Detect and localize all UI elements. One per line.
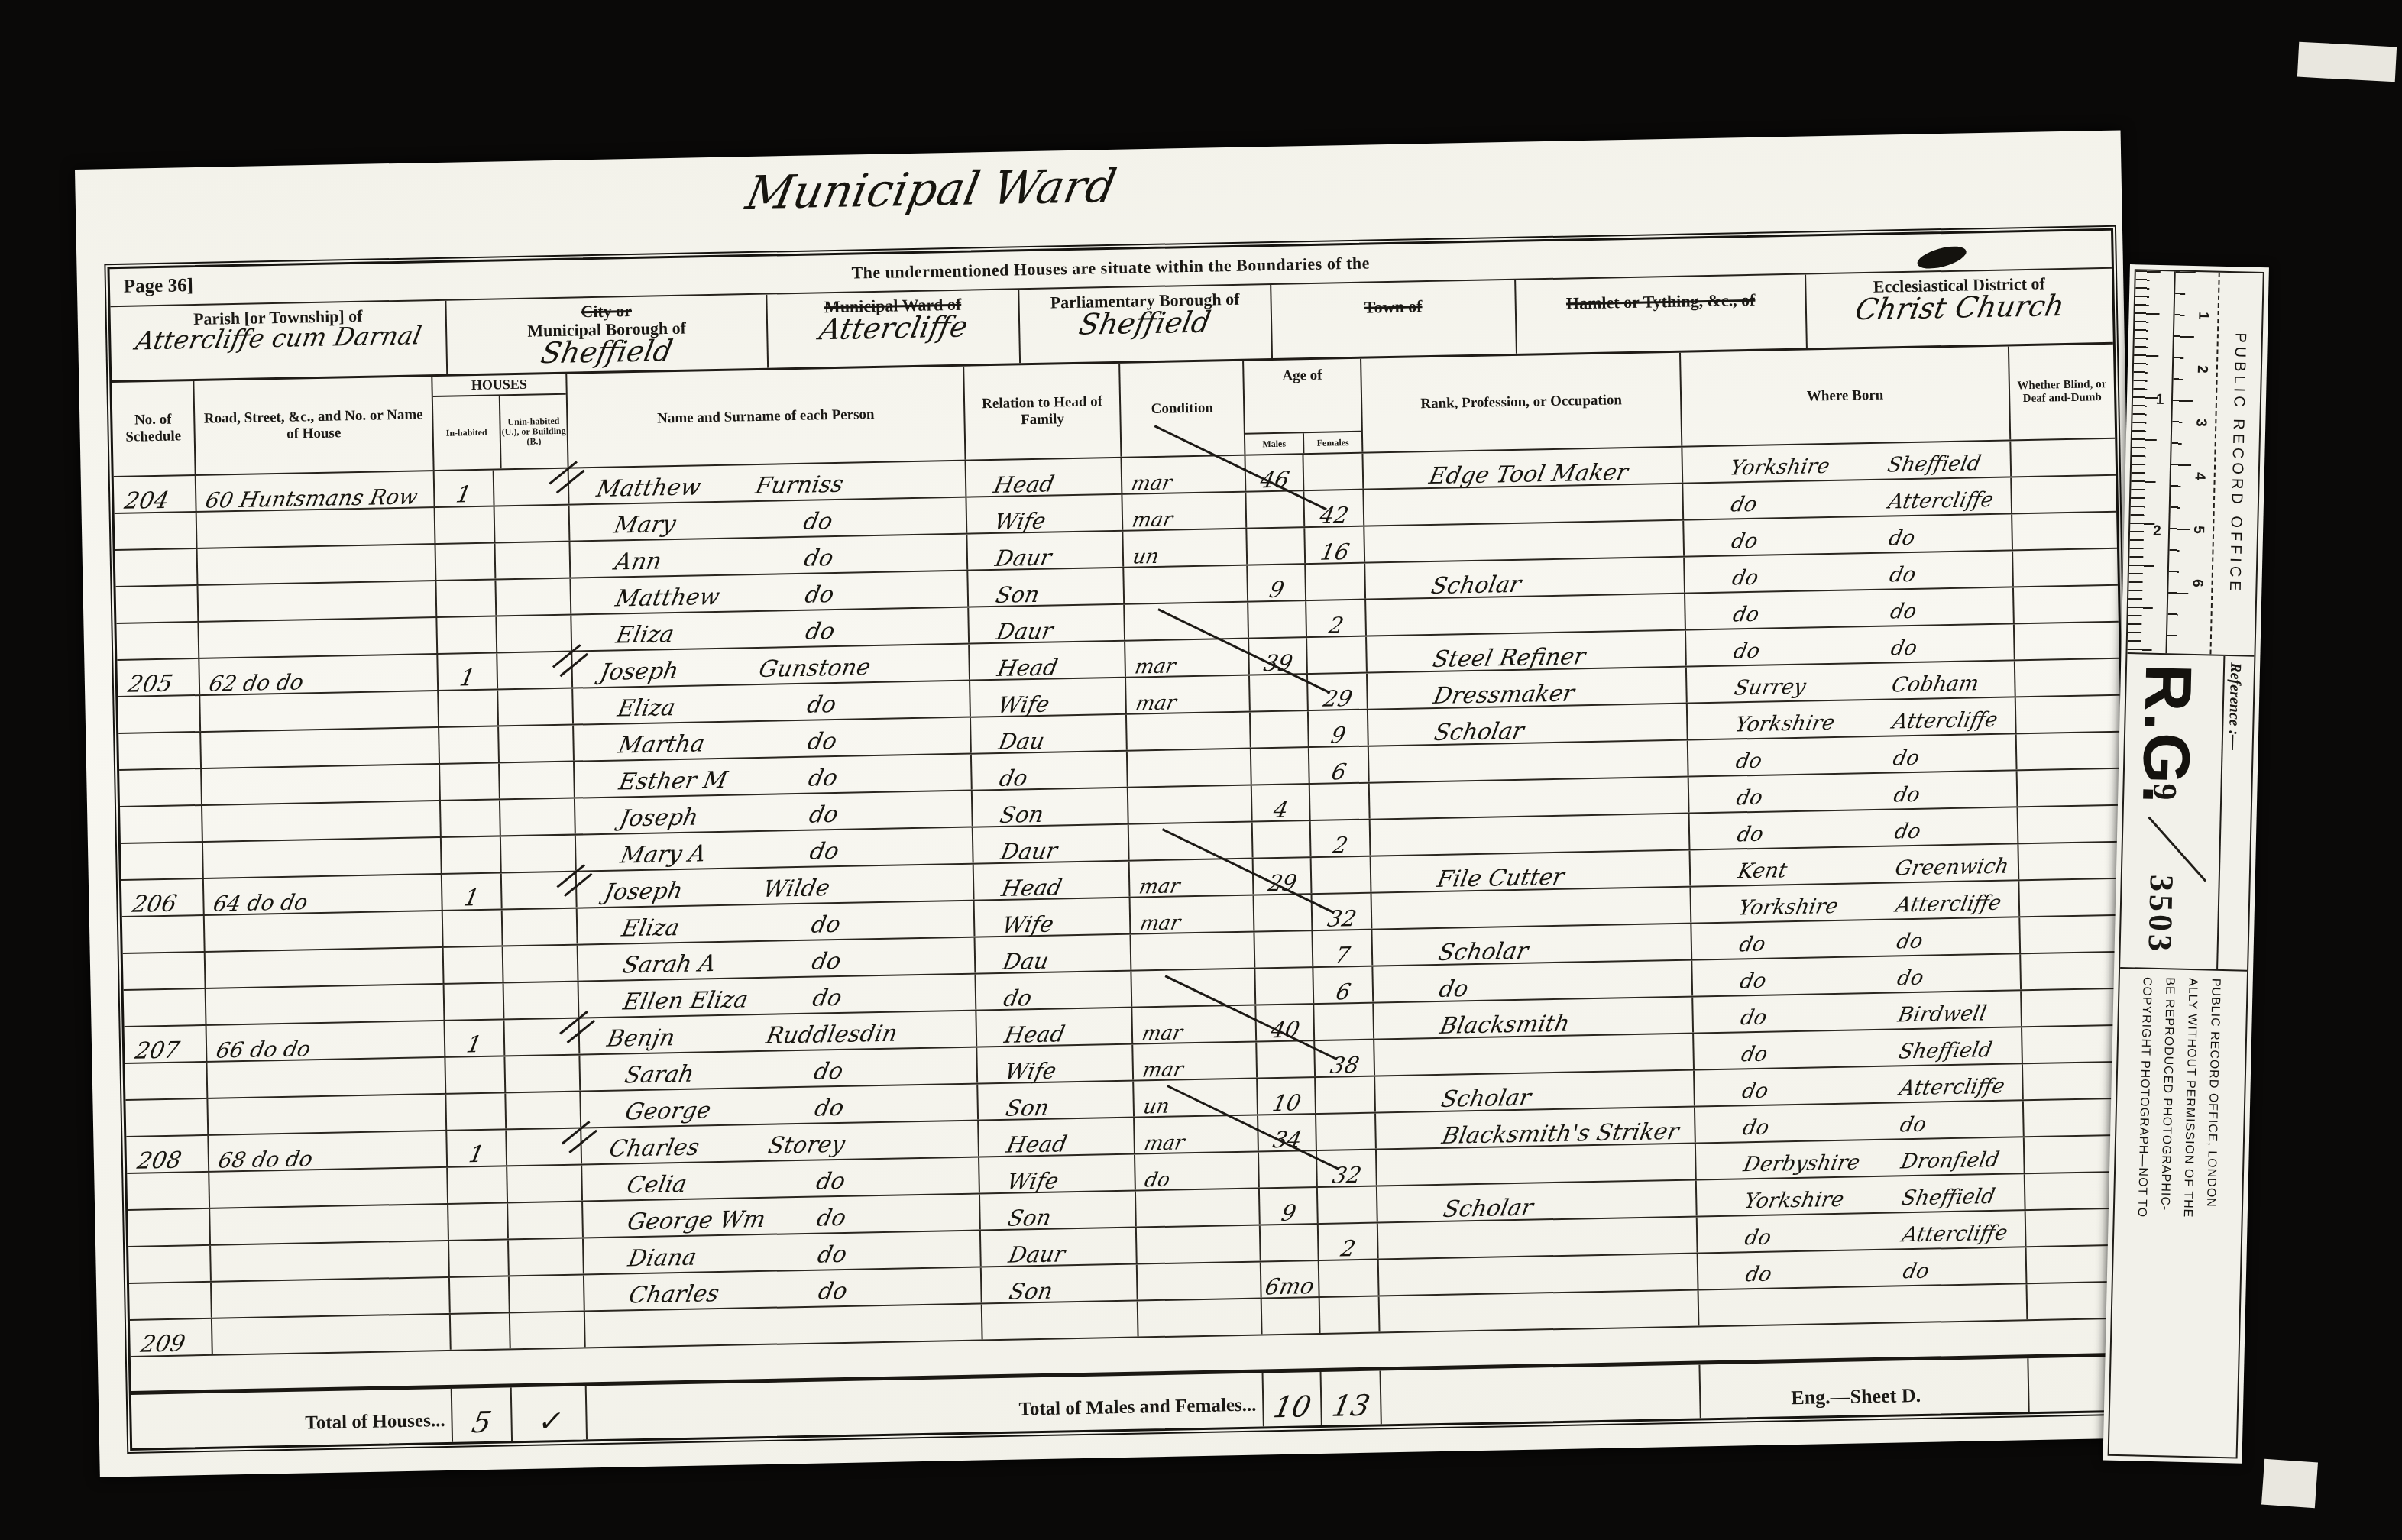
born-county: do bbox=[1734, 751, 1764, 772]
relation-to-head: Wife bbox=[1000, 914, 1055, 937]
scan-artifact bbox=[2297, 42, 2397, 82]
houses-uninhabited bbox=[505, 1056, 581, 1092]
relation-to-head: Wife bbox=[992, 510, 1047, 533]
cell-infirmity bbox=[2019, 879, 2124, 917]
houses-uninhabited bbox=[510, 1312, 586, 1348]
person-surname: do bbox=[813, 1097, 846, 1121]
males-total: 10 bbox=[1271, 1392, 1314, 1422]
cell-name: Joseph Gunstone bbox=[572, 645, 970, 687]
born-county: do bbox=[1735, 788, 1765, 809]
cell-name: Sarah do bbox=[580, 1048, 978, 1091]
col-where-born: Where Born bbox=[1681, 346, 2011, 445]
condition: mar bbox=[1131, 510, 1175, 530]
cell-name: Joseph Wilde bbox=[577, 865, 975, 907]
person-surname: do bbox=[815, 1207, 848, 1231]
cell-name: George do bbox=[581, 1085, 979, 1127]
ruler: 1 2 1 2 3 4 5 6 PUBLIC RECORD OFFICE bbox=[2127, 270, 2262, 657]
field-value: Sheffield bbox=[539, 335, 675, 367]
person-surname: do bbox=[803, 584, 836, 607]
houses-total: 5 bbox=[470, 1408, 494, 1438]
relation-to-head: Head bbox=[1005, 1133, 1069, 1157]
person-surname: do bbox=[811, 987, 843, 1011]
person-given-name: Charles bbox=[627, 1283, 721, 1307]
condition: mar bbox=[1134, 693, 1178, 713]
condition: un bbox=[1131, 547, 1161, 568]
cell-infirmity bbox=[2011, 439, 2116, 477]
houses-uninhabited bbox=[504, 982, 580, 1019]
totals-males: 10 bbox=[1264, 1372, 1322, 1426]
person-given-name: George bbox=[623, 1099, 713, 1124]
totals-persons-label: Total of Males and Females... bbox=[587, 1394, 1263, 1439]
schedule-number: 204 bbox=[122, 490, 170, 513]
relation-to-head: do bbox=[998, 767, 1030, 790]
office-label-zone: PUBLIC RECORD OFFICE bbox=[2211, 273, 2262, 655]
born-county: do bbox=[1744, 1264, 1774, 1286]
person-given-name: Mary A bbox=[618, 843, 707, 867]
born-county: do bbox=[1740, 1081, 1770, 1102]
cell-name: Ellen Eliza do bbox=[579, 975, 977, 1017]
cell-where-born: do do bbox=[1698, 1247, 2028, 1289]
cell-infirmity bbox=[2022, 1026, 2127, 1063]
born-county: Surrey bbox=[1733, 677, 1808, 699]
cell-infirmity bbox=[2013, 549, 2118, 587]
road-name: 62 do do bbox=[207, 671, 305, 694]
col-houses-group: HOUSES In-habited Unin-habited (U.), or … bbox=[432, 374, 568, 470]
cell-infirmity bbox=[2018, 769, 2122, 807]
born-place: Sheffield bbox=[1900, 1186, 1997, 1208]
person-given-name: Benjn bbox=[605, 1027, 677, 1051]
schedule-number: 205 bbox=[126, 673, 174, 697]
person-given-name: Charles bbox=[607, 1136, 701, 1160]
relation-to-head: Head bbox=[999, 876, 1063, 900]
person-surname: do bbox=[806, 730, 839, 754]
person-surname: do bbox=[804, 620, 837, 644]
field-label: Hamlet or Tything, &c., of bbox=[1517, 290, 1805, 314]
relation-to-head: Son bbox=[994, 584, 1041, 607]
check-mark: ✓ bbox=[536, 1406, 566, 1436]
cell-where-born: do do bbox=[1689, 771, 2018, 812]
cell-name: Diana do bbox=[584, 1231, 982, 1273]
person-surname: Furniss bbox=[753, 474, 845, 498]
born-county: do bbox=[1738, 971, 1768, 992]
cell-where-born: do do bbox=[1692, 954, 2022, 995]
occupation: do bbox=[1437, 978, 1470, 1001]
cell-name: George Wm do bbox=[583, 1194, 981, 1237]
born-place: Dronfield bbox=[1899, 1150, 2001, 1173]
houses-subheaders: In-habited Unin-habited (U.), or Buildin… bbox=[433, 394, 568, 470]
public-record-office-label: PUBLIC RECORD OFFICE bbox=[2226, 332, 2249, 595]
inch-mark: 1 bbox=[2194, 312, 2211, 320]
cell-infirmity bbox=[2021, 953, 2125, 990]
relation-to-head: Head bbox=[992, 473, 1056, 497]
person-surname: do bbox=[814, 1170, 847, 1194]
person-given-name: Eliza bbox=[614, 623, 676, 648]
person-given-name: Mary bbox=[612, 513, 678, 538]
person-surname: Gunstone bbox=[757, 656, 872, 681]
relation-to-head: Daur bbox=[995, 620, 1055, 643]
age-female: 2 bbox=[1331, 834, 1349, 856]
col-uninhabited: Unin-habited (U.), or Building (B.) bbox=[500, 394, 568, 468]
road-name: 60 Huntsmans Row bbox=[204, 486, 419, 511]
cell-where-born: do do bbox=[1688, 734, 2018, 775]
houses-uninhabited bbox=[497, 616, 572, 652]
born-county: do bbox=[1730, 531, 1759, 552]
field-value: Sheffield bbox=[1077, 307, 1213, 338]
age-female: 7 bbox=[1333, 944, 1352, 966]
born-county: Derbyshire bbox=[1742, 1152, 1862, 1175]
schedule-number: 209 bbox=[139, 1332, 187, 1356]
totals-houses-value: 5 bbox=[452, 1387, 513, 1441]
reference-divider bbox=[2216, 656, 2225, 969]
cell-name: Mary A do bbox=[576, 828, 974, 871]
person-surname: do bbox=[802, 547, 835, 571]
person-given-name: Ann bbox=[613, 550, 663, 574]
condition: mar bbox=[1140, 1023, 1184, 1043]
schedule-number: 208 bbox=[135, 1150, 183, 1173]
born-county: do bbox=[1730, 568, 1760, 589]
cell-where-born: do Birdwell bbox=[1693, 991, 2022, 1032]
born-place: Attercliffe bbox=[1894, 893, 2002, 916]
cell-where-born: Yorkshire Sheffield bbox=[1697, 1174, 2026, 1215]
cell-where-born: Surrey Cobham bbox=[1687, 661, 2016, 702]
cell-name: Charles do bbox=[584, 1267, 982, 1310]
cell-where-born: do do bbox=[1684, 514, 2013, 555]
cell-infirmity bbox=[2015, 659, 2120, 697]
inch-mark: 3 bbox=[2192, 419, 2209, 427]
inch-mark: 6 bbox=[2188, 579, 2205, 587]
cell-name: Matthew do bbox=[571, 571, 969, 614]
born-place: do bbox=[1899, 1115, 1928, 1136]
cell-where-born: do do bbox=[1685, 551, 2014, 592]
age-male: 6mo bbox=[1264, 1275, 1316, 1298]
copyright-line: ALLY WITHOUT PERMISSION OF THE bbox=[2175, 978, 2200, 1444]
col-houses: HOUSES bbox=[432, 374, 565, 397]
census-form-box: Page 36] The undermentioned Houses are s… bbox=[107, 228, 2135, 1451]
cell-where-born bbox=[1699, 1284, 2028, 1325]
cell-where-born: do do bbox=[1690, 807, 2019, 849]
field-value: Attercliffe bbox=[817, 312, 970, 344]
born-county: Yorkshire bbox=[1737, 896, 1840, 919]
born-county: Kent bbox=[1736, 860, 1789, 882]
person-surname: do bbox=[816, 1280, 849, 1304]
person-given-name: Joseph bbox=[602, 880, 685, 904]
born-place: Birdwell bbox=[1896, 1003, 1988, 1025]
age-male: 4 bbox=[1271, 799, 1290, 821]
born-place: Sheffield bbox=[1886, 453, 1983, 475]
cell-name: Celia do bbox=[582, 1158, 980, 1201]
occupation: Scholar bbox=[1436, 940, 1530, 965]
col-age: Age of bbox=[1244, 359, 1361, 387]
person-surname: do bbox=[801, 510, 834, 534]
born-county: do bbox=[1740, 1044, 1769, 1066]
cell-name: Eliza do bbox=[573, 681, 971, 724]
cell-where-born: do do bbox=[1695, 1101, 2025, 1142]
person-surname: Wilde bbox=[761, 877, 831, 901]
condition: mar bbox=[1138, 913, 1183, 933]
person-surname: do bbox=[810, 950, 843, 974]
relation-to-head: Head bbox=[995, 656, 1060, 680]
field-municipal-ward: Municipal Ward of Attercliffe bbox=[767, 290, 1021, 367]
cell-infirmity bbox=[2014, 586, 2119, 623]
cell-where-born: do do bbox=[1686, 624, 2015, 665]
born-county: do bbox=[1731, 604, 1761, 626]
born-place: Cobham bbox=[1890, 673, 1980, 695]
born-place: do bbox=[1895, 931, 1925, 953]
col-road: Road, Street, &c., and No. or Name of Ho… bbox=[194, 377, 434, 474]
cell-where-born: Kent Greenwich bbox=[1691, 844, 2020, 885]
person-surname: do bbox=[807, 767, 840, 791]
cell-infirmity bbox=[2018, 806, 2123, 843]
cell-where-born: do Sheffield bbox=[1694, 1027, 2023, 1069]
person-given-name: Sarah A bbox=[620, 953, 717, 977]
relation-to-head: Son bbox=[999, 804, 1046, 827]
relation-to-head: Son bbox=[1008, 1280, 1055, 1303]
occupation: Scholar bbox=[1432, 720, 1526, 745]
cell-infirmity bbox=[2022, 989, 2126, 1027]
condition: do bbox=[1143, 1170, 1171, 1191]
col-schedule: No. of Schedule bbox=[112, 381, 196, 476]
inch-mark: 5 bbox=[2190, 526, 2206, 534]
ruler-inch-scale: 1 2 3 4 5 6 bbox=[2167, 271, 2219, 654]
person-given-name: Esther M bbox=[617, 769, 730, 794]
age-male: 9 bbox=[1279, 1202, 1297, 1225]
person-given-name: Diana bbox=[626, 1247, 699, 1271]
houses-uninhabited bbox=[508, 1202, 584, 1238]
houses-inhabited: 1 bbox=[455, 484, 474, 506]
relation-to-head: Wife bbox=[1005, 1170, 1060, 1192]
copyright-line: PUBLIC RECORD OFFICE, LONDON bbox=[2198, 979, 2222, 1445]
born-county: do bbox=[1741, 1118, 1771, 1139]
age-female: 2 bbox=[1339, 1237, 1357, 1260]
born-place: do bbox=[1887, 528, 1917, 549]
piece-number: 9 bbox=[2145, 783, 2184, 801]
col-infirmity: Whether Blind, or Deaf and-Dumb bbox=[2009, 345, 2115, 440]
born-place: do bbox=[1895, 968, 1925, 989]
relation-to-head: Wife bbox=[1003, 1060, 1058, 1083]
occupation: Blacksmith bbox=[1438, 1013, 1572, 1038]
person-surname: do bbox=[805, 694, 838, 717]
col-inhabited: In-habited bbox=[433, 396, 502, 470]
col-males: Males bbox=[1245, 433, 1304, 454]
condition: un bbox=[1141, 1097, 1171, 1118]
schedule-number: 207 bbox=[133, 1040, 181, 1063]
relation-to-head: Wife bbox=[996, 694, 1051, 717]
road-name: 68 do do bbox=[216, 1148, 314, 1171]
houses-uninhabited bbox=[503, 946, 579, 982]
field-ecclesiastical-district: Ecclesiastical District of Christ Church bbox=[1806, 269, 2113, 348]
cell-name bbox=[585, 1304, 983, 1347]
cell-where-born: do Attercliffe bbox=[1683, 477, 2012, 519]
person-given-name: Ellen Eliza bbox=[621, 988, 749, 1014]
field-parish: Parish [or Township] of Attercliffe cum … bbox=[110, 301, 448, 380]
born-county: do bbox=[1732, 641, 1762, 662]
person-surname: Ruddlesdin bbox=[764, 1022, 899, 1047]
cell-where-born: Derbyshire Dronfield bbox=[1696, 1137, 2025, 1179]
houses-uninhabited bbox=[503, 909, 578, 946]
relation-to-head: Daur bbox=[993, 547, 1054, 571]
age-female: 9 bbox=[1329, 724, 1347, 746]
occupation: Scholar bbox=[1429, 574, 1523, 598]
houses-inhabited: 1 bbox=[465, 1034, 484, 1056]
cell-where-born: Yorkshire Attercliffe bbox=[1691, 881, 2020, 922]
col-occupation: Rank, Profession, or Occupation bbox=[1361, 353, 1682, 452]
age-female: 6 bbox=[1334, 981, 1352, 1003]
cell-name: Mary do bbox=[570, 498, 968, 541]
born-place: do bbox=[1888, 565, 1918, 586]
cell-name: Ann do bbox=[570, 535, 968, 577]
born-county: do bbox=[1743, 1228, 1773, 1249]
houses-inhabited: 1 bbox=[462, 887, 481, 910]
cell-where-born: do do bbox=[1691, 917, 2021, 959]
totals-females: 13 bbox=[1322, 1370, 1382, 1425]
cell-name: Sarah A do bbox=[578, 938, 976, 981]
person-given-name: Matthew bbox=[613, 586, 721, 611]
houses-uninhabited bbox=[510, 1275, 585, 1312]
schedule-number: 206 bbox=[131, 893, 179, 917]
condition: mar bbox=[1141, 1060, 1185, 1080]
cell-where-born: do do bbox=[1685, 587, 2015, 629]
relation-to-head: Daur bbox=[1007, 1243, 1067, 1267]
occupation: Edge Tool Maker bbox=[1427, 461, 1630, 488]
cell-where-born: Yorkshire Sheffield bbox=[1682, 441, 2012, 482]
condition: mar bbox=[1138, 876, 1182, 897]
municipal-ward-annotation: Municipal Ward bbox=[713, 163, 1149, 217]
occupation: Blacksmith's Striker bbox=[1440, 1121, 1681, 1148]
cell-name: Charles Storey bbox=[581, 1121, 979, 1164]
copyright-line: BE REPRODUCED PHOTOGRAPHIC- bbox=[2152, 977, 2177, 1443]
born-place: do bbox=[1889, 638, 1919, 659]
field-parliamentary-borough: Parliamentary Borough of Sheffield bbox=[1019, 285, 1273, 363]
cell-name: Esther M do bbox=[575, 755, 973, 797]
relation-to-head: Son bbox=[1004, 1097, 1051, 1120]
cell-infirmity bbox=[2017, 733, 2122, 770]
born-place: Attercliffe bbox=[1901, 1223, 2009, 1246]
houses-uninhabited bbox=[498, 689, 574, 726]
occupation: Dressmaker bbox=[1432, 682, 1576, 708]
person-surname: do bbox=[812, 1060, 845, 1084]
person-given-name: Eliza bbox=[620, 917, 681, 941]
houses-uninhabited bbox=[499, 726, 575, 762]
condition: mar bbox=[1130, 473, 1174, 493]
person-surname: do bbox=[808, 840, 840, 864]
cell-name: Joseph do bbox=[575, 791, 973, 834]
age-female: 16 bbox=[1319, 541, 1352, 564]
females-total: 13 bbox=[1330, 1391, 1373, 1421]
cell-infirmity bbox=[2015, 623, 2119, 660]
houses-inhabited: 1 bbox=[467, 1144, 486, 1166]
table-body: 204 60 Huntsmans Row 1 Matthew Furniss H… bbox=[114, 439, 2132, 1357]
cell-name: Eliza do bbox=[571, 608, 970, 651]
pro-reference-strip: 1 2 1 2 3 4 5 6 PUBLIC RECORD OFFICE Ref… bbox=[2103, 264, 2268, 1464]
reference-label: Reference :— bbox=[2225, 662, 2245, 750]
age-male: 9 bbox=[1267, 579, 1286, 601]
houses-uninhabited bbox=[507, 1165, 583, 1202]
reference-slash bbox=[2148, 817, 2206, 882]
houses-uninhabited bbox=[500, 762, 575, 799]
born-place: do bbox=[1892, 785, 1922, 806]
field-town: Town of bbox=[1271, 280, 1517, 358]
houses-uninhabited bbox=[495, 506, 571, 542]
copyright-line: COPYRIGHT PHOTOGRAPH—NOT TO bbox=[2129, 977, 2154, 1443]
cell-name: Benjn Ruddlesdin bbox=[579, 1011, 977, 1054]
field-label: Town of bbox=[1272, 296, 1515, 319]
cell-where-born: do Attercliffe bbox=[1695, 1064, 2024, 1105]
person-given-name: Celia bbox=[625, 1173, 689, 1198]
born-place: do bbox=[1902, 1261, 1931, 1283]
age-female: 2 bbox=[1327, 614, 1345, 636]
census-scan-background: Municipal Ward Page 36] The undermention… bbox=[0, 0, 2402, 1540]
person-surname: do bbox=[816, 1244, 849, 1267]
born-county: do bbox=[1737, 934, 1767, 956]
houses-inhabited: 1 bbox=[458, 667, 477, 690]
reference-section: Reference :— R.G. 9 3503 bbox=[2120, 654, 2254, 972]
born-county: Yorkshire bbox=[1728, 456, 1831, 479]
cell-name: Martha do bbox=[574, 718, 972, 761]
totals-houses-label: Total of Houses... bbox=[131, 1410, 452, 1448]
occupation: Scholar bbox=[1439, 1087, 1533, 1111]
person-given-name: George Wm bbox=[626, 1208, 768, 1234]
condition: mar bbox=[1133, 656, 1177, 677]
occupation: Scholar bbox=[1442, 1197, 1535, 1221]
person-given-name: Martha bbox=[617, 733, 707, 757]
copyright-section: COPYRIGHT PHOTOGRAPH—NOT TO BE REPRODUCE… bbox=[2109, 969, 2247, 1445]
born-county: Yorkshire bbox=[1734, 713, 1837, 736]
inch-mark: 2 bbox=[2193, 365, 2210, 374]
totals-empty-occ bbox=[1381, 1364, 1701, 1424]
relation-to-head: Son bbox=[1006, 1207, 1054, 1230]
cm-mark: 1 bbox=[2156, 392, 2164, 409]
born-place: Attercliffe bbox=[1898, 1076, 2006, 1099]
col-relation: Relation to Head of Family bbox=[964, 364, 1122, 460]
person-surname: do bbox=[808, 804, 840, 827]
person-given-name: Joseph bbox=[598, 660, 681, 684]
scan-artifact bbox=[2261, 1459, 2318, 1509]
cell-name: Matthew Furniss bbox=[569, 461, 967, 504]
cell-infirmity bbox=[2012, 476, 2116, 513]
born-place: Sheffield bbox=[1897, 1040, 1994, 1062]
relation-to-head: Head bbox=[1002, 1023, 1067, 1047]
cell-where-born: Yorkshire Attercliffe bbox=[1688, 697, 2017, 739]
totals-houses-label-cell: Total of Houses... bbox=[131, 1389, 453, 1448]
condition: mar bbox=[1142, 1133, 1186, 1153]
age-female: 6 bbox=[1329, 761, 1348, 783]
cell-where-born: do Attercliffe bbox=[1698, 1211, 2027, 1252]
born-county: do bbox=[1729, 494, 1759, 516]
houses-uninhabited bbox=[496, 579, 571, 616]
cell-infirmity bbox=[2016, 696, 2121, 733]
houses-uninhabited bbox=[501, 836, 577, 872]
cell-name: Eliza do bbox=[578, 901, 976, 944]
houses-uninhabited bbox=[506, 1092, 581, 1129]
col-females: Females bbox=[1304, 432, 1361, 453]
struck-prefix: City or bbox=[581, 301, 632, 321]
occupation: File Cutter bbox=[1435, 866, 1566, 891]
person-given-name: Joseph bbox=[618, 806, 701, 830]
census-form-page: Municipal Ward Page 36] The undermention… bbox=[75, 131, 2145, 1477]
totals-houses-check: ✓ bbox=[512, 1386, 588, 1441]
person-surname: do bbox=[809, 914, 842, 937]
occupation: Steel Refiner bbox=[1431, 645, 1588, 671]
page-number: Page 36] bbox=[124, 275, 193, 298]
person-given-name: Sarah bbox=[623, 1063, 696, 1088]
field-municipal-borough: City or Municipal Borough of Sheffield bbox=[446, 295, 769, 374]
born-place: do bbox=[1892, 748, 1921, 769]
relation-to-head: do bbox=[1002, 987, 1034, 1010]
item-number: 3503 bbox=[2141, 875, 2181, 955]
cell-infirmity bbox=[2020, 916, 2125, 953]
born-county: Yorkshire bbox=[1743, 1189, 1846, 1212]
relation-to-head: Dau bbox=[997, 730, 1047, 753]
